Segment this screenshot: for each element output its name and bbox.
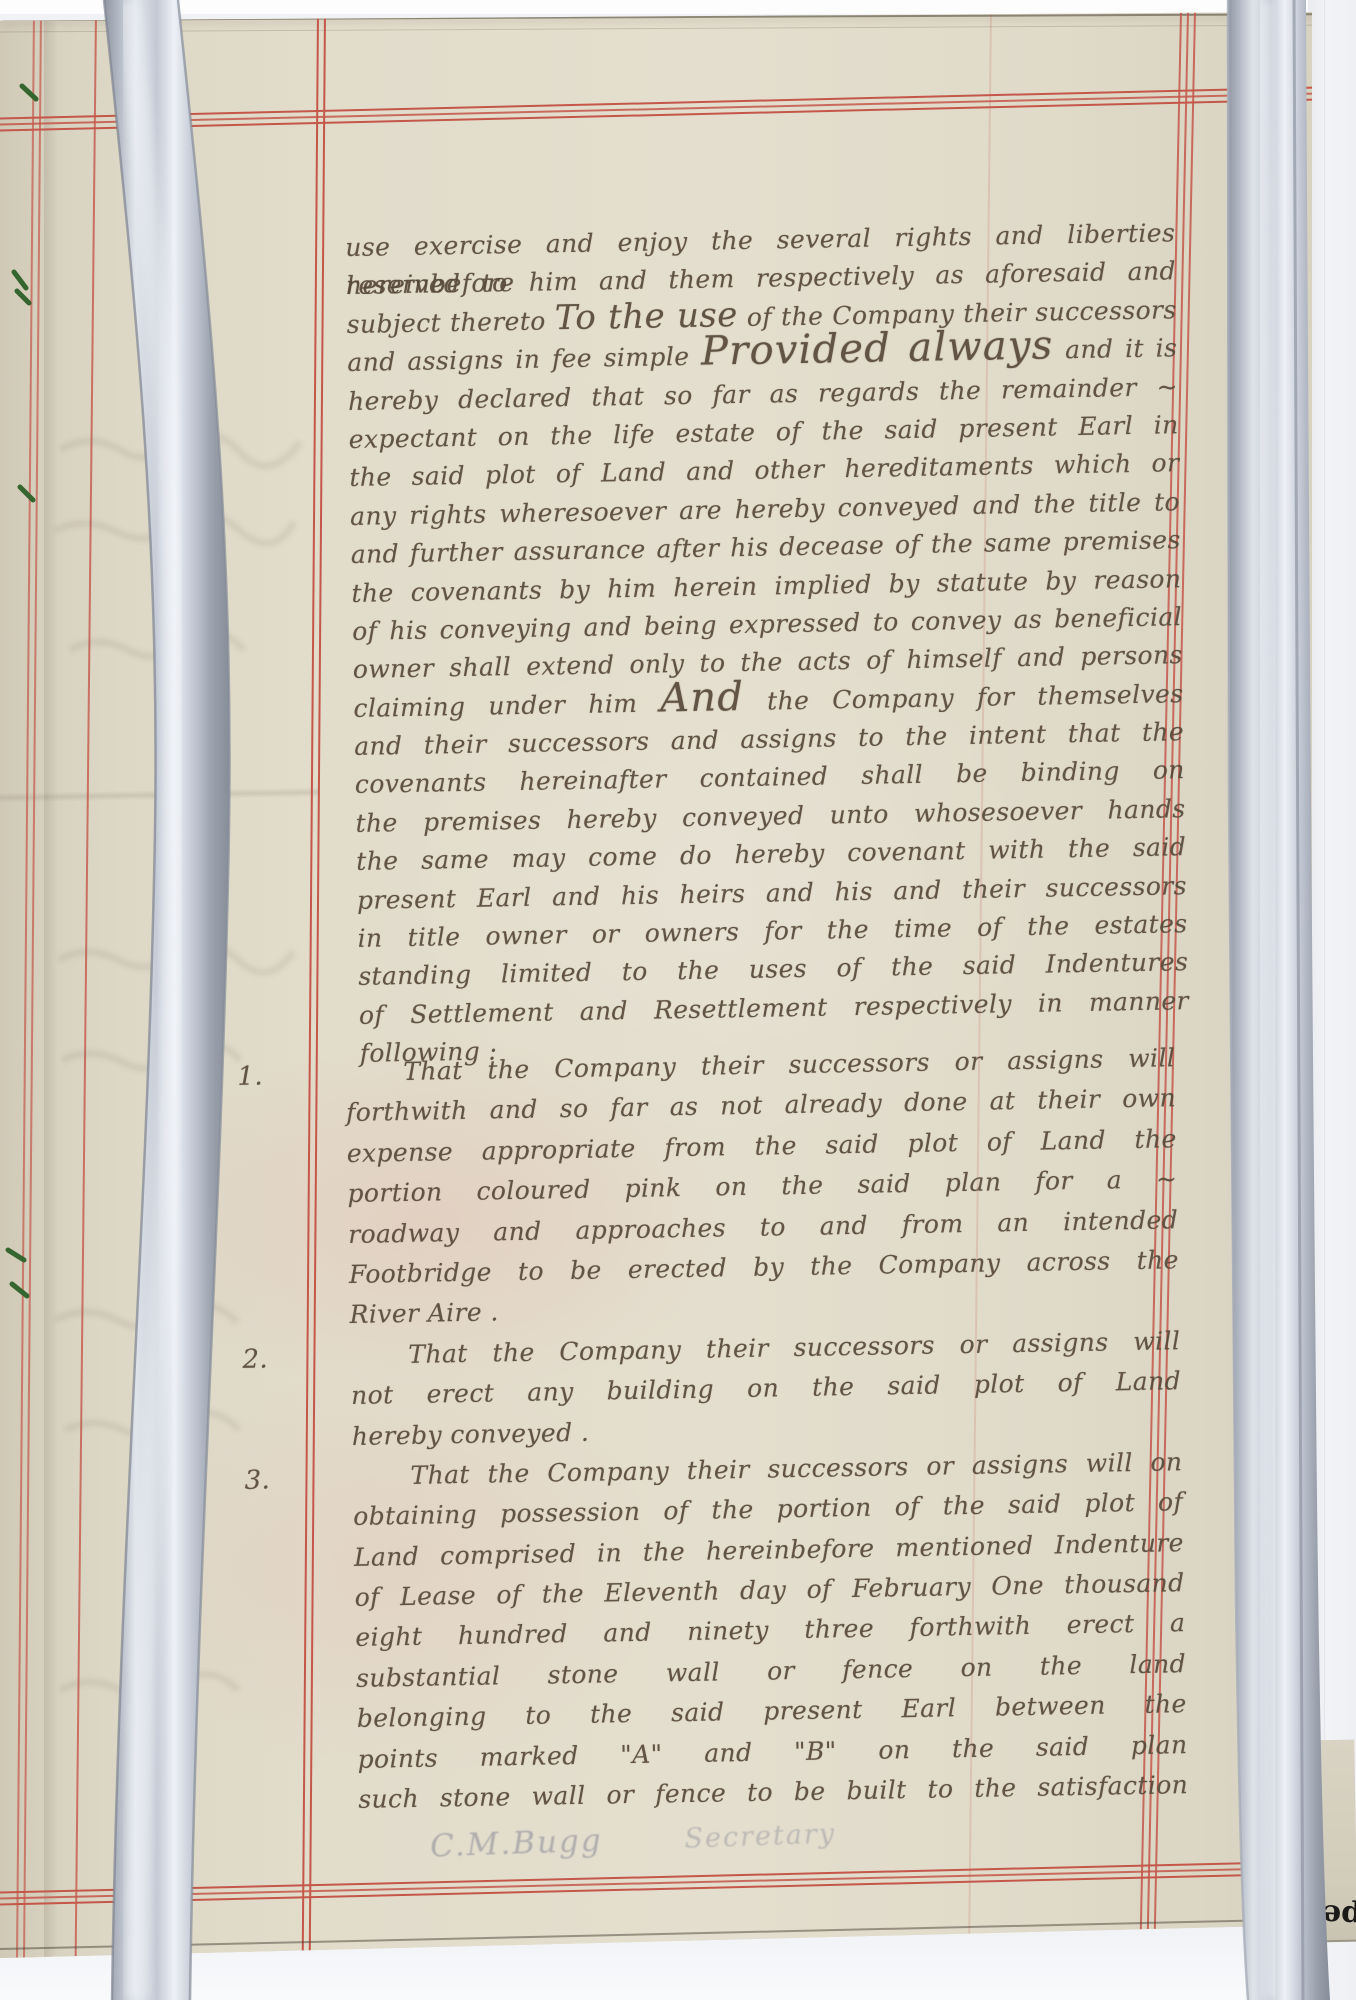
background-top <box>0 0 1356 14</box>
rule-left-line <box>74 12 97 1992</box>
spine-shadow <box>44 12 58 1958</box>
scanned-deed-page: pel use exercise and enjoy the several r… <box>0 0 1356 2000</box>
background-seam <box>1324 0 1325 2000</box>
paragraph-block: use exercise and enjoy the several right… <box>345 214 1190 1073</box>
clause-number: 1. <box>237 1056 263 1097</box>
clause-number: 2. <box>242 1339 268 1380</box>
clauses-block: 1.That the Company their successors or a… <box>345 1038 1189 1820</box>
page-top-crease <box>2 13 1332 21</box>
page-top-crease-2 <box>0 25 1330 33</box>
pencil-title: Secretary <box>684 1818 837 1854</box>
pencil-name: C.M.Bugg <box>430 1822 604 1864</box>
clause-number: 3. <box>244 1460 270 1501</box>
engrossed-phrase: And <box>660 674 745 721</box>
background-right <box>1308 0 1356 2000</box>
verso-printed-fragment: pel <box>1321 1897 1356 1934</box>
rule-bottom-band <box>0 1859 1356 1908</box>
rule-top-band <box>0 85 1356 134</box>
engrossed-phrase: Provided always <box>701 323 1054 375</box>
